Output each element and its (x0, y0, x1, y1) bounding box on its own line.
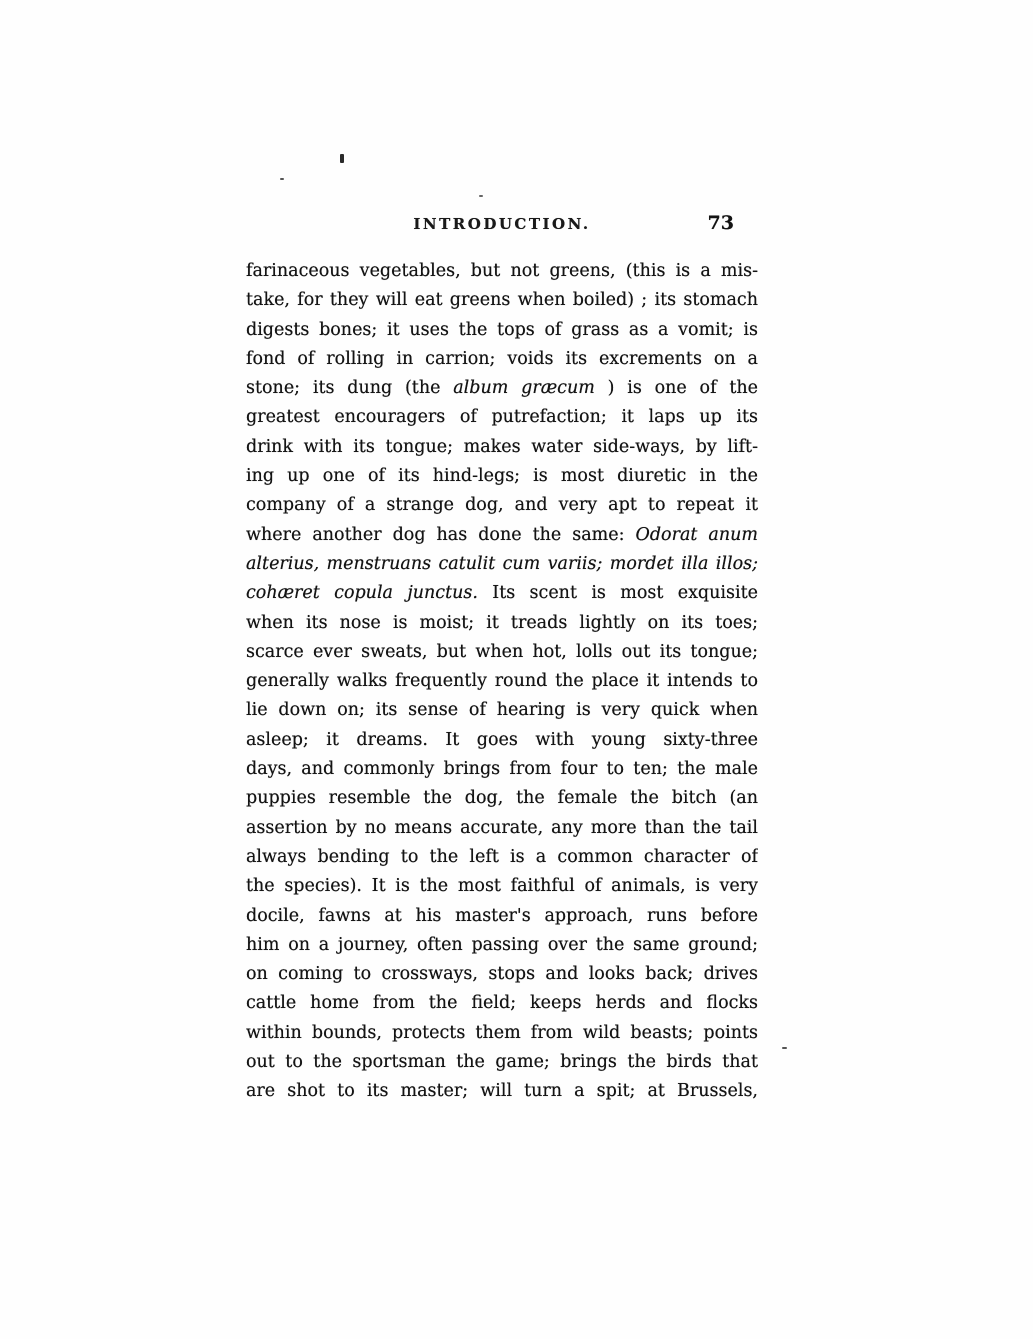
text-line: always bending to the left is a common c… (246, 843, 758, 872)
text-line: generally walks frequently round the pla… (246, 667, 758, 696)
scan-artifact (340, 154, 344, 163)
text-line: within bounds, protects them from wild b… (246, 1019, 758, 1048)
page-text: farinaceous vegetables, but not greens, … (246, 257, 758, 1107)
text-line: when its nose is moist; it treads lightl… (246, 609, 758, 638)
text-line: days, and commonly brings from four to t… (246, 755, 758, 784)
page-number: 73 (708, 212, 734, 234)
text-line: asleep; it dreams. It goes with young si… (246, 726, 758, 755)
text-line: out to the sportsman the game; brings th… (246, 1048, 758, 1077)
text-line: digests bones; it uses the tops of grass… (246, 316, 758, 345)
text-line: greatest encouragers of putrefaction; it… (246, 403, 758, 432)
text-line: assertion by no means accurate, any more… (246, 814, 758, 843)
text-line: alterius, menstruans catulit cum variis;… (246, 550, 758, 579)
text-line: ing up one of its hind-legs; is most diu… (246, 462, 758, 491)
text-line: company of a strange dog, and very apt t… (246, 491, 758, 520)
page-title: INTRODUCTION. (246, 215, 758, 233)
scan-artifact (280, 178, 284, 180)
text-line: on coming to crossways, stops and looks … (246, 960, 758, 989)
text-line: lie down on; its sense of hearing is ver… (246, 696, 758, 725)
scan-artifact (782, 1047, 787, 1049)
text-line: him on a journey, often passing over the… (246, 931, 758, 960)
scan-artifact (479, 195, 483, 197)
text-line: cattle home from the field; keeps herds … (246, 989, 758, 1018)
text-line: farinaceous vegetables, but not greens, … (246, 257, 758, 286)
running-head: INTRODUCTION. 73 (246, 215, 758, 241)
text-line: where another dog has done the same: Odo… (246, 521, 758, 550)
text-line: drink with its tongue; makes water side-… (246, 433, 758, 462)
text-line: docile, fawns at his master's approach, … (246, 902, 758, 931)
book-page: INTRODUCTION. 73 farinaceous vegetables,… (0, 0, 1033, 1339)
text-line: are shot to its master; will turn a spit… (246, 1077, 758, 1106)
text-line: the species). It is the most faithful of… (246, 872, 758, 901)
text-line: puppies resemble the dog, the female the… (246, 784, 758, 813)
text-line: cohæret copula junctus. Its scent is mos… (246, 579, 758, 608)
text-line: scarce ever sweats, but when hot, lolls … (246, 638, 758, 667)
text-line: take, for they will eat greens when boil… (246, 286, 758, 315)
text-line: fond of rolling in carrion; voids its ex… (246, 345, 758, 374)
text-line: stone; its dung (the album græcum ) is o… (246, 374, 758, 403)
